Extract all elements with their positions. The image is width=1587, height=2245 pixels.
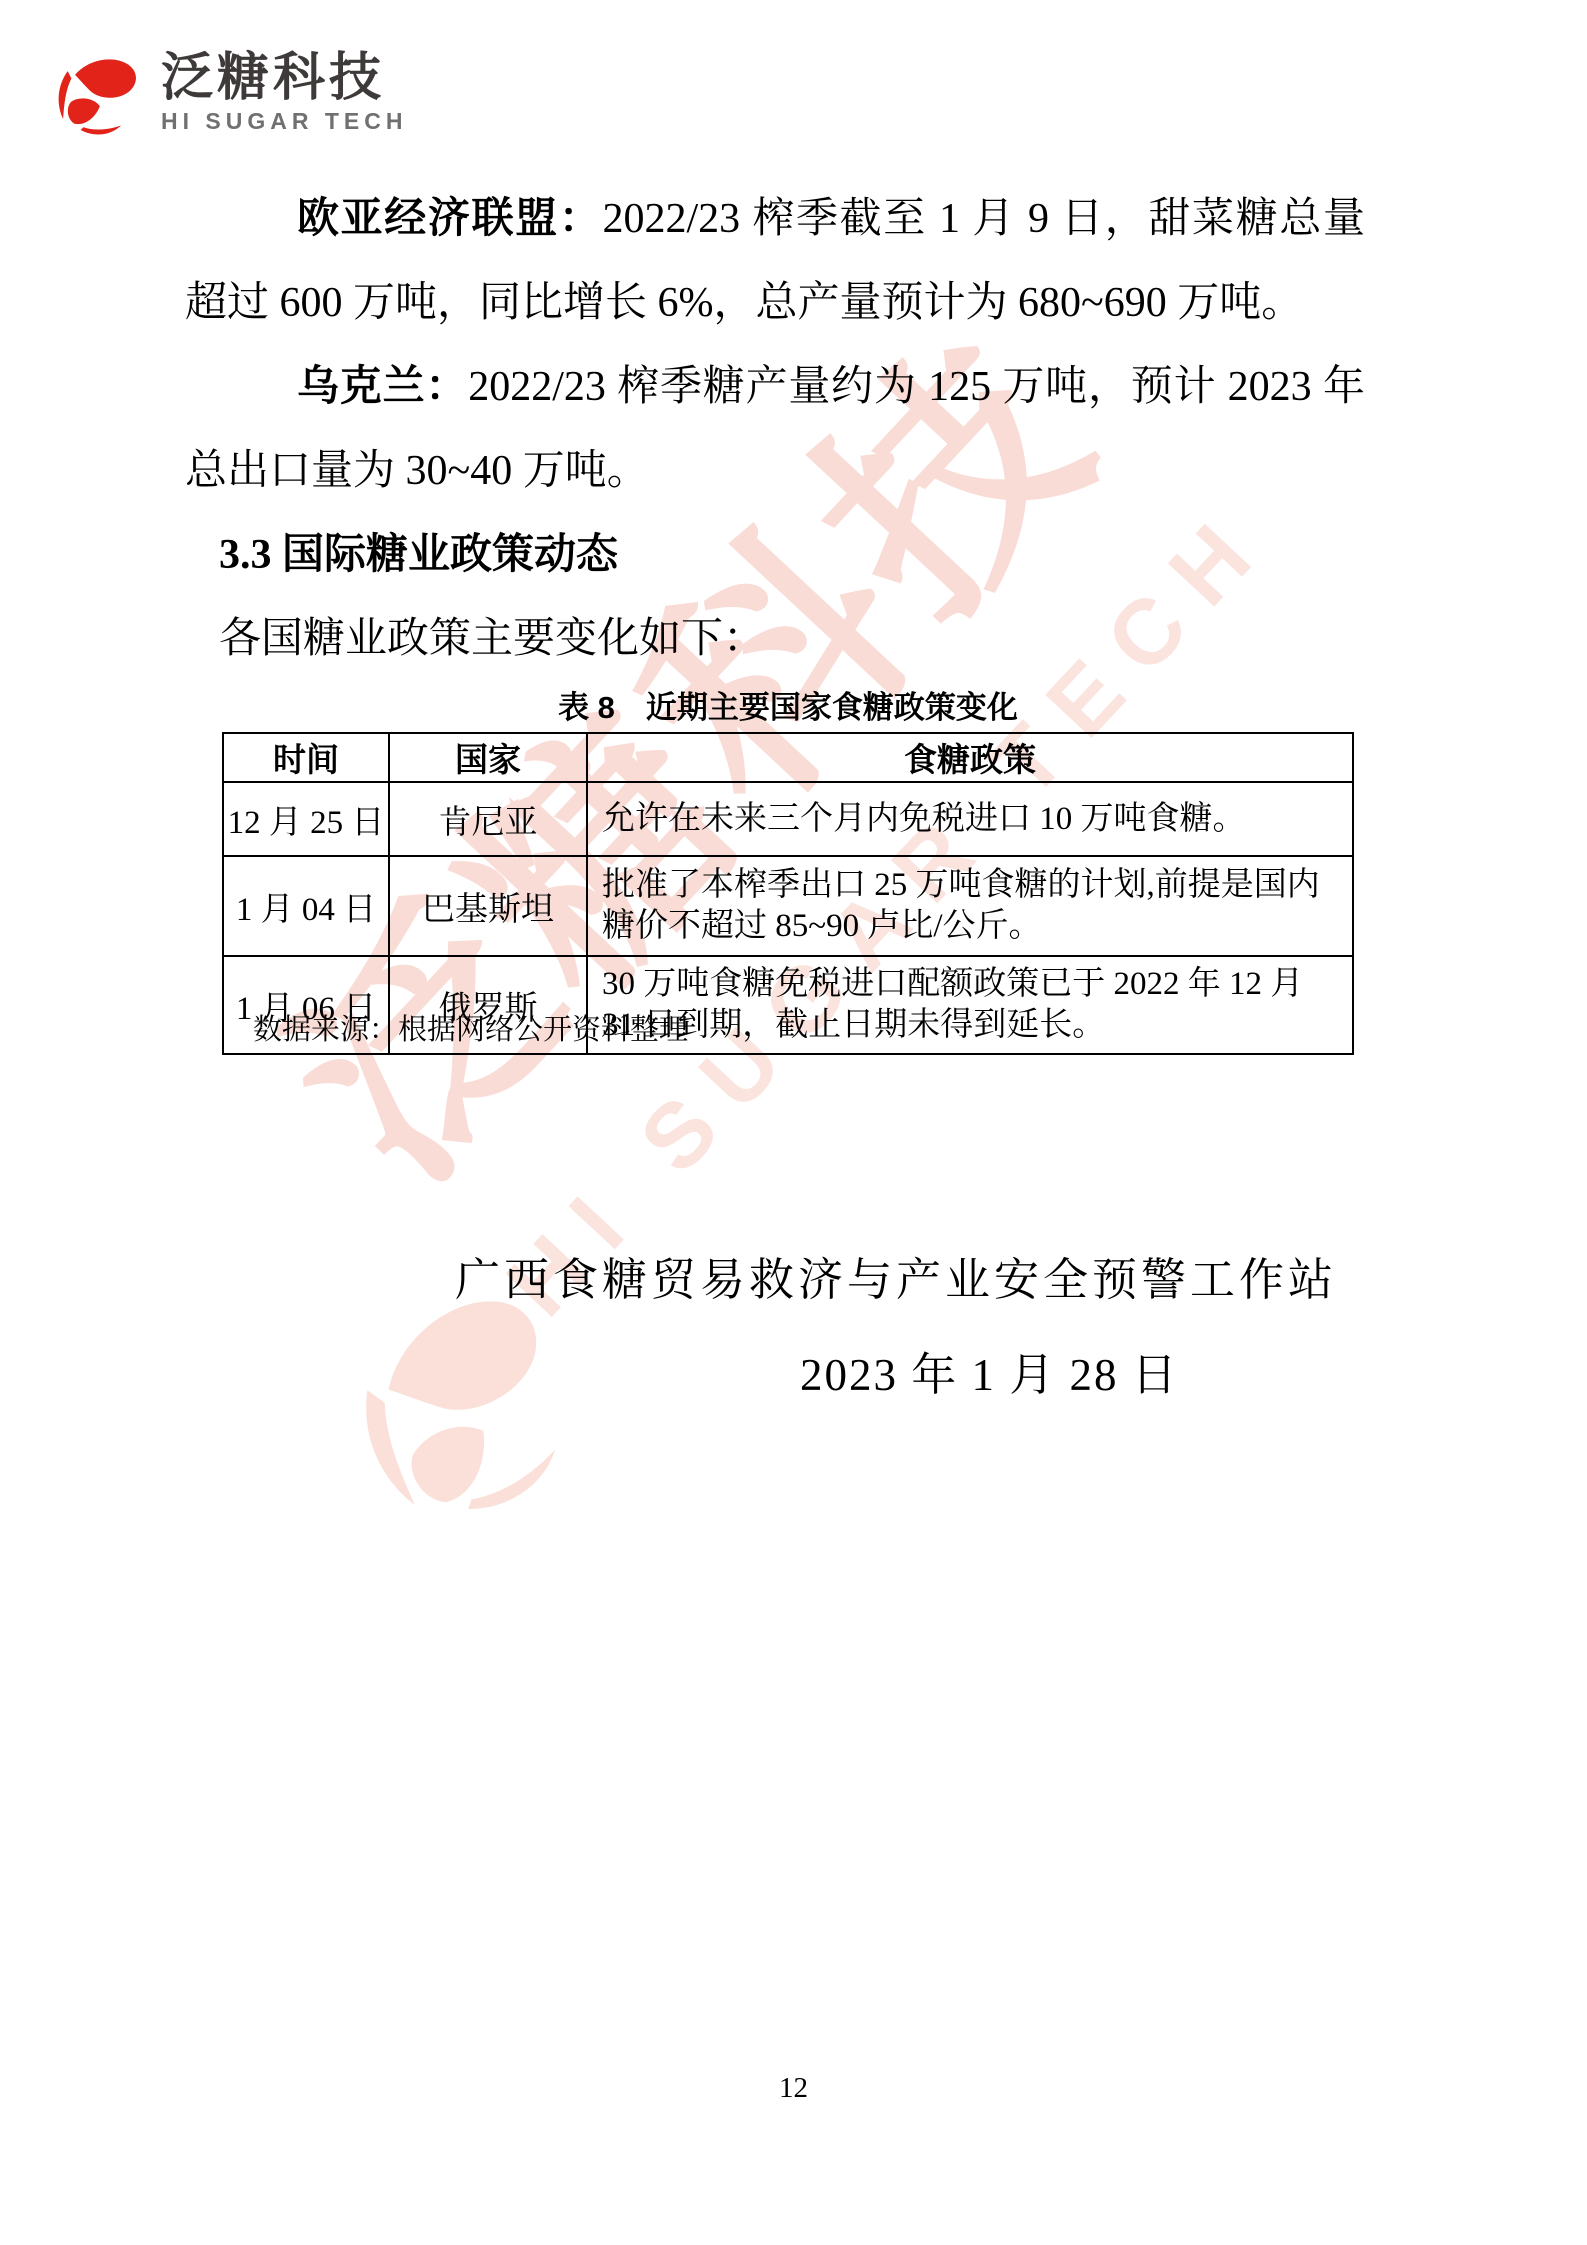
col-header-time: 时间	[223, 733, 389, 782]
paragraph-ukraine-lead: 乌克兰：	[297, 364, 468, 410]
cell-policy: 允许在未来三个月内免税进口 10 万吨食糖。	[587, 782, 1353, 856]
table-row: 1 月 04 日 巴基斯坦 批准了本榨季出口 25 万吨食糖的计划,前提是国内糖…	[223, 856, 1353, 956]
data-source-note: 数据来源：根据网络公开资料整理	[253, 1012, 688, 1048]
cell-date: 12 月 25 日	[223, 782, 389, 856]
paragraph-eaeu: 欧亚经济联盟：2022/23 榨季截至 1 月 9 日，甜菜糖总量超过 600 …	[185, 177, 1365, 345]
brand-logo: 泛糖科技 HI SUGAR TECH	[53, 50, 407, 142]
table-row: 12 月 25 日 肯尼亚 允许在未来三个月内免税进口 10 万吨食糖。	[223, 782, 1353, 856]
brand-logo-text: 泛糖科技 HI SUGAR TECH	[161, 50, 407, 134]
cell-date: 1 月 04 日	[223, 856, 389, 956]
cell-country: 巴基斯坦	[389, 856, 587, 956]
document-body: 欧亚经济联盟：2022/23 榨季截至 1 月 9 日，甜菜糖总量超过 600 …	[185, 177, 1365, 681]
page-number: 12	[0, 2072, 1587, 2105]
cell-policy: 30 万吨食糖免税进口配额政策已于 2022 年 12 月 31 日到期，截止日…	[587, 956, 1353, 1054]
paragraph-eaeu-lead: 欧亚经济联盟：	[297, 196, 603, 242]
col-header-policy: 食糖政策	[587, 733, 1353, 782]
col-header-country: 国家	[389, 733, 587, 782]
table-header-row: 时间 国家 食糖政策	[223, 733, 1353, 782]
signature-org: 广西食糖贸易救济与产业安全预警工作站	[455, 1252, 1337, 1308]
signature-date: 2023 年 1 月 28 日	[800, 1347, 1179, 1403]
section-heading: 3.3 国际糖业政策动态	[185, 513, 1365, 597]
brand-name-en: HI SUGAR TECH	[161, 108, 407, 134]
cell-policy: 批准了本榨季出口 25 万吨食糖的计划,前提是国内糖价不超过 85~90 卢比/…	[587, 856, 1353, 956]
cell-country: 肯尼亚	[389, 782, 587, 856]
policy-table: 时间 国家 食糖政策 12 月 25 日 肯尼亚 允许在未来三个月内免税进口 1…	[222, 732, 1354, 1055]
hisugar-swirl-icon	[53, 50, 145, 142]
document-page: 泛糖科技 HI SUGAR TECH 泛糖科技 HI SUGAR TECH 欧亚…	[0, 0, 1587, 2245]
section-intro: 各国糖业政策主要变化如下：	[185, 597, 1365, 681]
paragraph-ukraine: 乌克兰：2022/23 榨季糖产量约为 125 万吨，预计 2023 年总出口量…	[185, 345, 1365, 513]
brand-name-cn: 泛糖科技	[161, 50, 407, 106]
table-caption: 表 8 近期主要国家食糖政策变化	[222, 688, 1354, 728]
